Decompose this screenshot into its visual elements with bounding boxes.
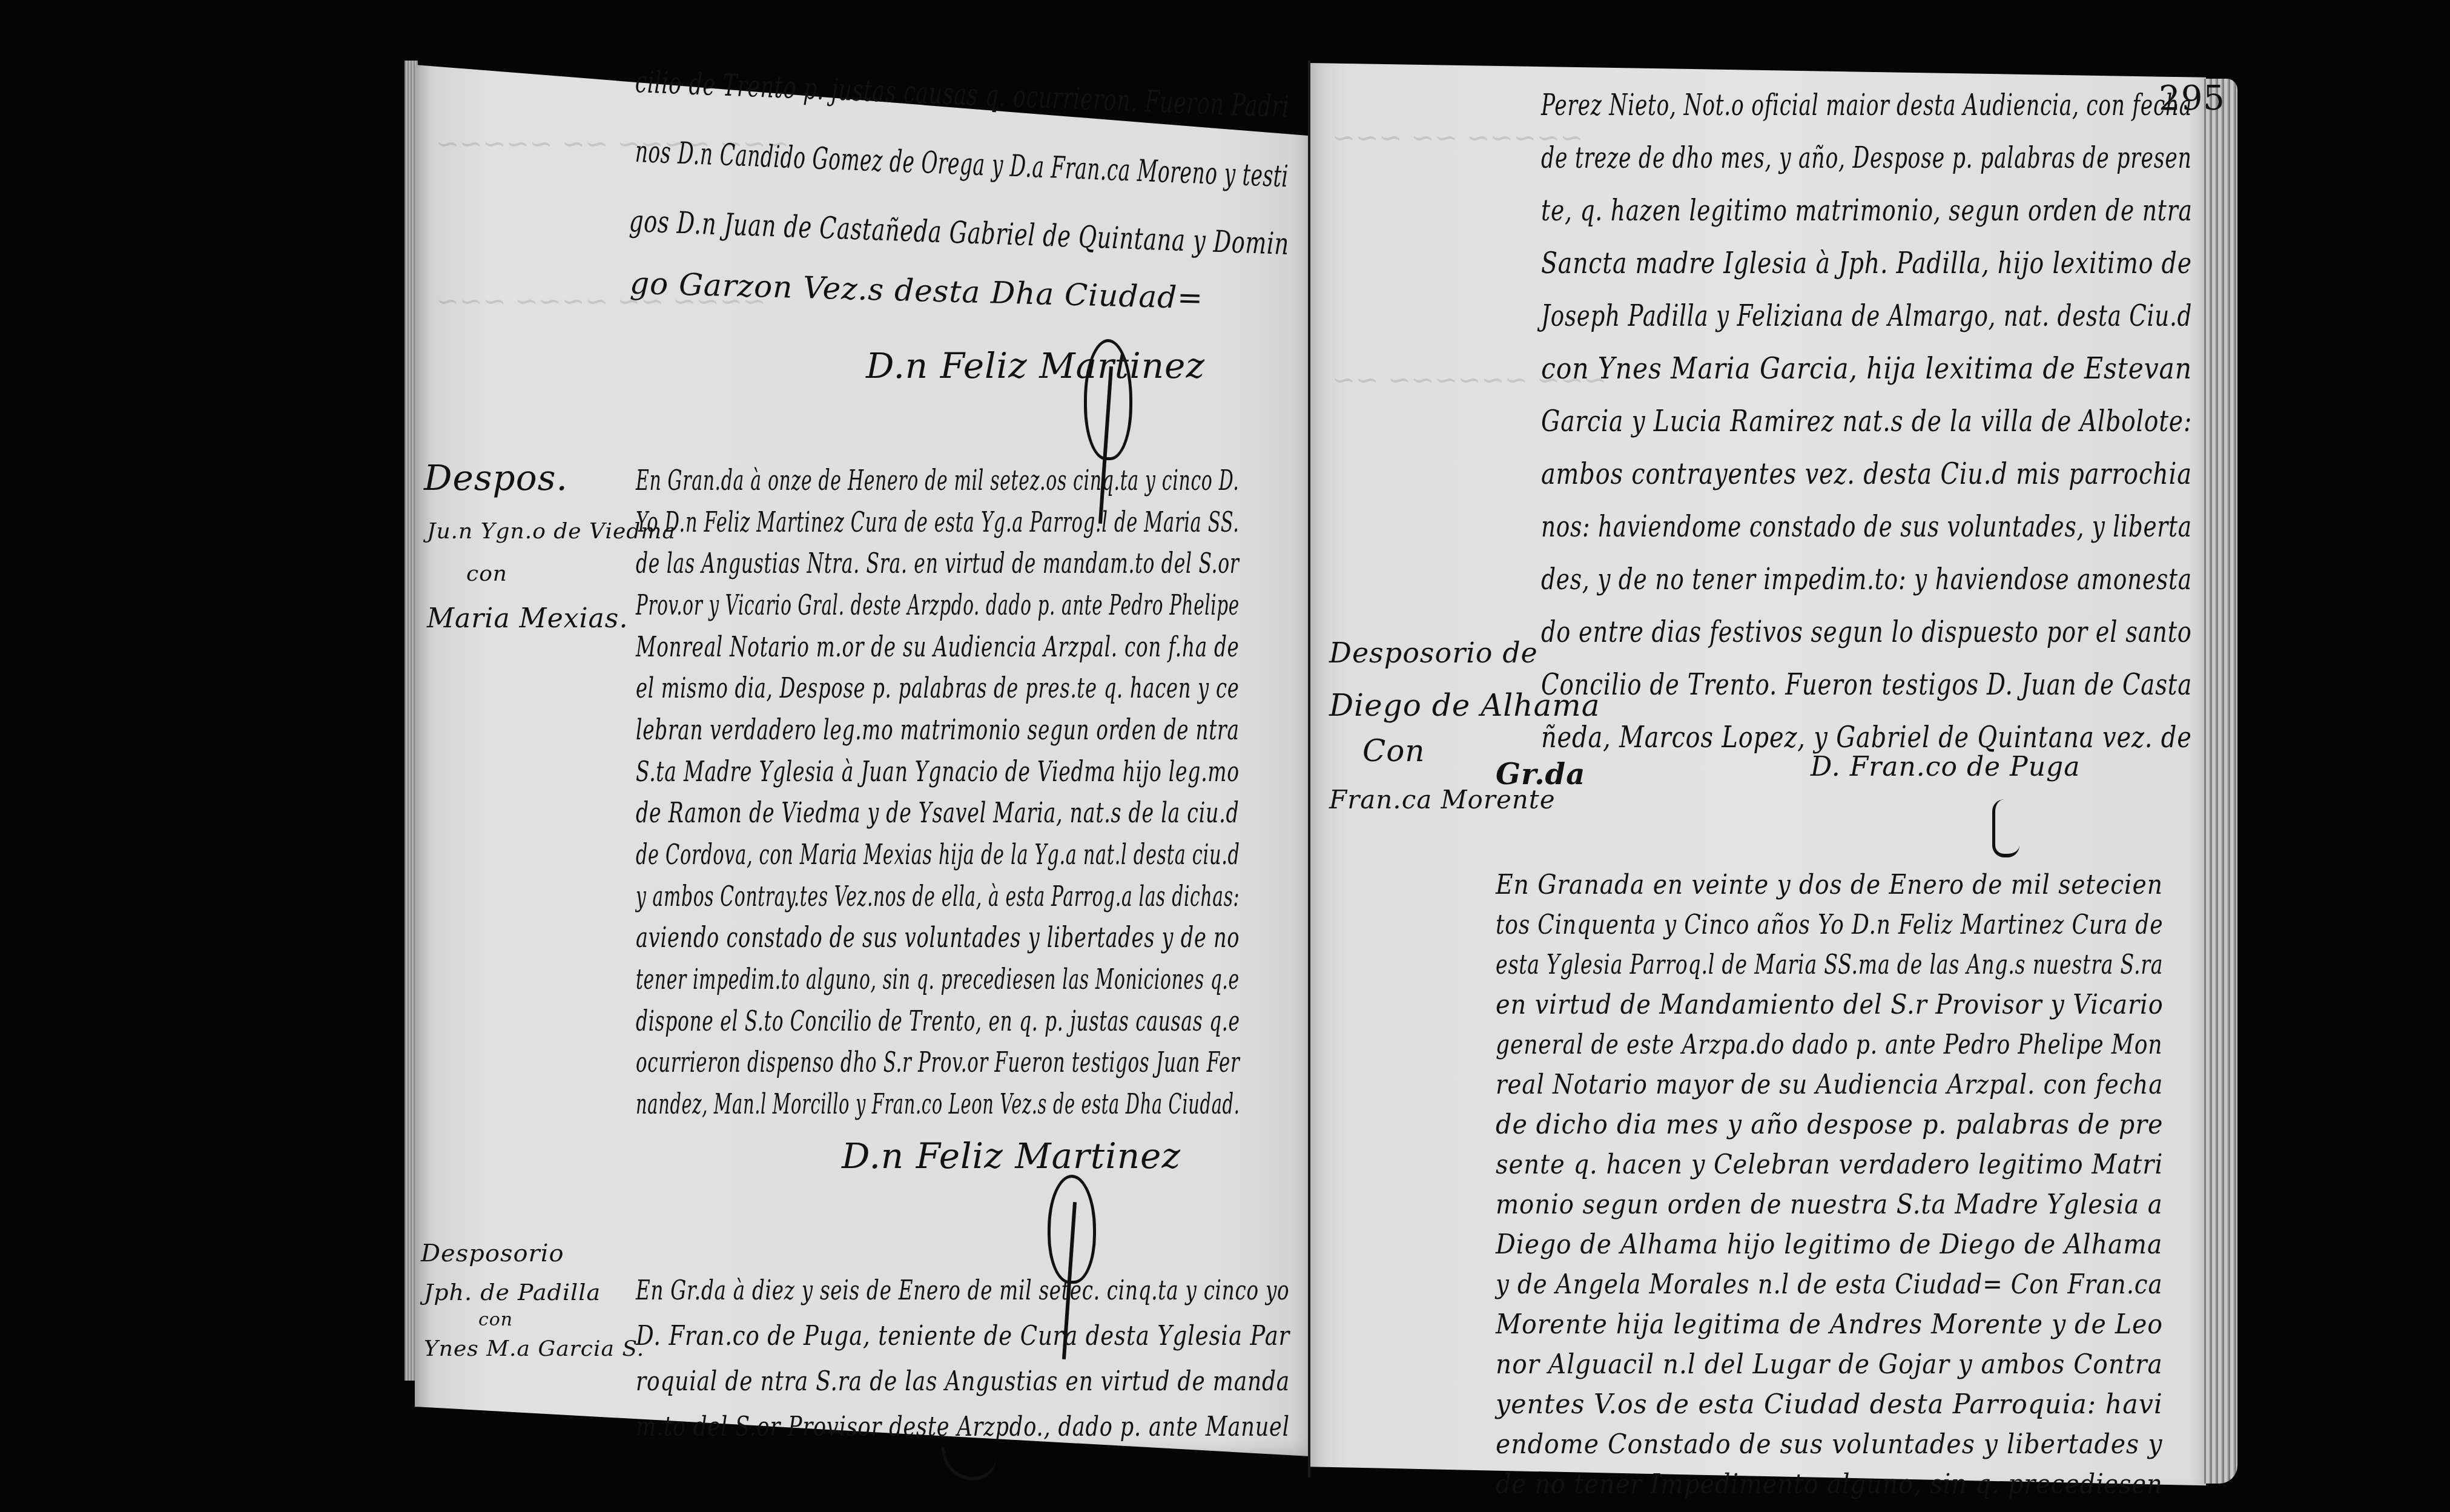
text-line: ñeda, Marcos Lopez, y Gabriel de Quintan… — [1541, 723, 2192, 752]
text-line: ambos contrayentes vez. desta Ciu.d mis … — [1541, 460, 2192, 489]
text-line: tos Cinquenta y Cinco años Yo D.n Feliz … — [1496, 912, 2163, 939]
text-line: nandez, Man.l Morcillo y Fran.co Leon Ve… — [636, 1090, 1240, 1118]
text-line: Joseph Padilla y Feliziana de Almargo, n… — [1541, 302, 2192, 331]
text-line: te, q. hazen legitimo matrimonio, segun … — [1541, 196, 2193, 225]
text-line: Monreal Notario m.or de su Audiencia Arz… — [636, 633, 1240, 661]
text-line: en virtud de Mandamiento del S.r Proviso… — [1496, 992, 2164, 1018]
text-line: des, y de no tener impedim.to: y haviend… — [1541, 565, 2192, 594]
text-line: yentes V.os de esta Ciudad desta Parroqu… — [1496, 1392, 2163, 1418]
margin-note: Maria Mexias. — [427, 606, 628, 632]
text-line: y de Angela Morales n.l de esta Ciudad= … — [1496, 1272, 2162, 1298]
text-line: En Gran.da à onze de Henero de mil setez… — [636, 466, 1239, 494]
book-gutter — [1308, 61, 1310, 1477]
text-line: esta Yglesia Parroq.l de Maria SS.ma de … — [1496, 952, 2163, 979]
text-line: Morente hija legitima de Andres Morente … — [1496, 1312, 2163, 1338]
text-line: roquial de ntra S.ra de las Angustias en… — [636, 1368, 1290, 1395]
text-line: ocurrieron dispenso dho S.r Prov.or Fuer… — [636, 1048, 1240, 1076]
margin-note: Con — [1362, 736, 1425, 766]
text-line: el mismo dia, Despose p. palabras de pre… — [636, 674, 1239, 702]
text-line: dispone el S.to Concilio de Trento, en q… — [636, 1007, 1240, 1035]
text-line: lebran verdadero leg.mo matrimonio segun… — [636, 716, 1240, 744]
text-line: de dicho dia mes y año despose p. palabr… — [1496, 1112, 2163, 1138]
margin-note: Jph. de Padilla — [424, 1281, 601, 1304]
text-line: y ambos Contray.tes Vez.nos de ella, à e… — [636, 882, 1240, 910]
text-line: nos: haviendome constado de sus voluntad… — [1541, 512, 2192, 541]
text-line: nor Alguacil n.l del Lugar de Gojar y am… — [1496, 1352, 2163, 1378]
right-page-edge-stack — [2204, 79, 2237, 1484]
text-line: monio segun orden de nuestra S.ta Madre … — [1496, 1192, 2163, 1218]
margin-note: Despos. — [424, 460, 568, 495]
text-line: do entre dias festivos segun lo dispuest… — [1541, 618, 2192, 647]
text-line: Garcia y Lucia Ramirez nat.s de la villa… — [1541, 407, 2192, 436]
text-line: endome Constado de sus voluntades y libe… — [1496, 1431, 2162, 1458]
text-line: de treze de dho mes, y año, Despose p. p… — [1541, 144, 2191, 173]
margin-note: Ynes M.a Garcia S. — [424, 1338, 644, 1360]
text-line: de Cordova, con Maria Mexias hija de la … — [636, 840, 1240, 868]
text-line: Gr.da — [1496, 760, 1585, 789]
text-line: Diego de Alhama hijo legitimo de Diego d… — [1496, 1232, 2162, 1258]
text-line: Sancta madre Iglesia à Jph. Padilla, hij… — [1541, 249, 2192, 278]
scanned-register-spread: ~~~ ~~~~ ~~ ~~~~~ ~~~~ ~~ ~~~~ ~~~ ~~~~~… — [0, 0, 2450, 1512]
text-line: Yo D.n Feliz Martinez Cura de esta Yg.a … — [636, 508, 1240, 536]
signature: D.n Feliz Martinez — [866, 348, 1205, 383]
text-line: Concilio de Trento. Fueron testigos D. J… — [1541, 670, 2192, 699]
paraph-flourish-icon — [941, 1436, 1000, 1486]
text-line: En Gr.da à diez y seis de Enero de mil s… — [636, 1278, 1289, 1304]
signature: D.n Feliz Martinez — [842, 1138, 1181, 1174]
text-line: S.ta Madre Yglesia à Juan Ygnacio de Vie… — [636, 758, 1240, 785]
margin-note: con — [466, 563, 507, 585]
text-line: de las Angustias Ntra. Sra. en virtud de… — [636, 549, 1240, 577]
text-line: D. Fran.co de Puga, teniente de Cura des… — [636, 1323, 1290, 1350]
text-line: sente q. hacen y Celebran verdadero legi… — [1496, 1152, 2163, 1178]
text-line: Perez Nieto, Not.o oficial maior desta A… — [1541, 91, 2192, 120]
text-line: de no tener Impedimento alguno, sin q. p… — [1496, 1471, 2163, 1498]
text-line: con Ynes Maria Garcia, hija lexitima de … — [1541, 354, 2192, 383]
signature-rubric-icon — [1084, 339, 1132, 460]
text-line: general de este Arzpa.do dado p. ante Pe… — [1496, 1032, 2162, 1058]
text-line: real Notario mayor de su Audiencia Arzpa… — [1496, 1072, 2163, 1098]
text-line: Prov.or y Vicario Gral. deste Arzpdo. da… — [636, 591, 1240, 619]
text-line: tener impedim.to alguno, sin q. precedie… — [636, 965, 1240, 993]
signature-rubric-icon — [1048, 1175, 1096, 1284]
signature: D. Fran.co de Puga — [1811, 754, 2080, 781]
margin-note: Desposorio de — [1329, 639, 1538, 667]
text-line: En Granada en veinte y dos de Enero de m… — [1496, 872, 2163, 899]
signature-rubric-icon — [1992, 799, 2019, 857]
margin-note: Diego de Alhama — [1329, 690, 1600, 721]
text-line: m.to del S.or Provisor deste Arzpdo., da… — [636, 1414, 1290, 1441]
margin-note: con — [478, 1311, 513, 1329]
text-line: aviendo constado de sus voluntades y lib… — [636, 923, 1240, 951]
margin-note: Desposorio — [421, 1241, 564, 1266]
text-line: de Ramon de Viedma y de Ysavel Maria, na… — [636, 799, 1239, 827]
